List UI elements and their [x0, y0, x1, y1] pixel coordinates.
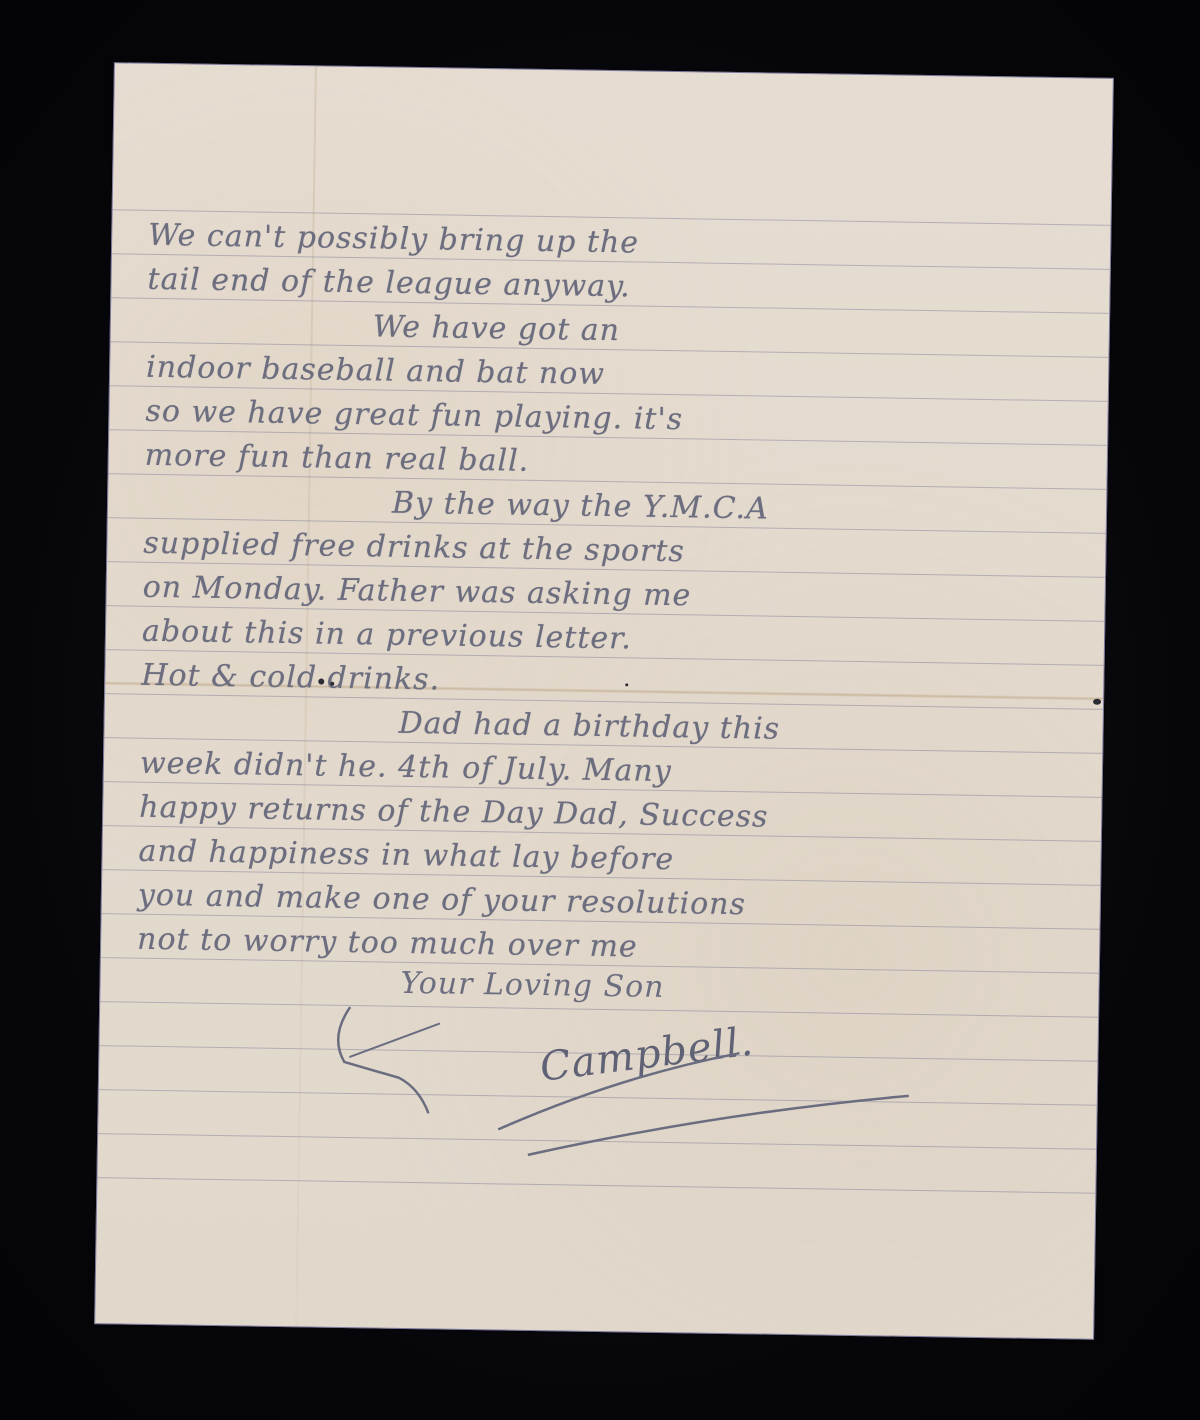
letter-signature: Campbell. [537, 1019, 756, 1091]
ruled-line [97, 1177, 1095, 1194]
paper-speck [330, 682, 334, 686]
ruled-line [98, 1133, 1096, 1150]
paper-speck [318, 679, 324, 685]
paper-speck [1093, 699, 1101, 705]
ruled-line [99, 1089, 1097, 1106]
letter-page: We can't possibly bring up the tail end … [94, 62, 1114, 1340]
paper-speck [625, 683, 628, 686]
letter-closing: Your Loving Son [400, 966, 665, 1005]
